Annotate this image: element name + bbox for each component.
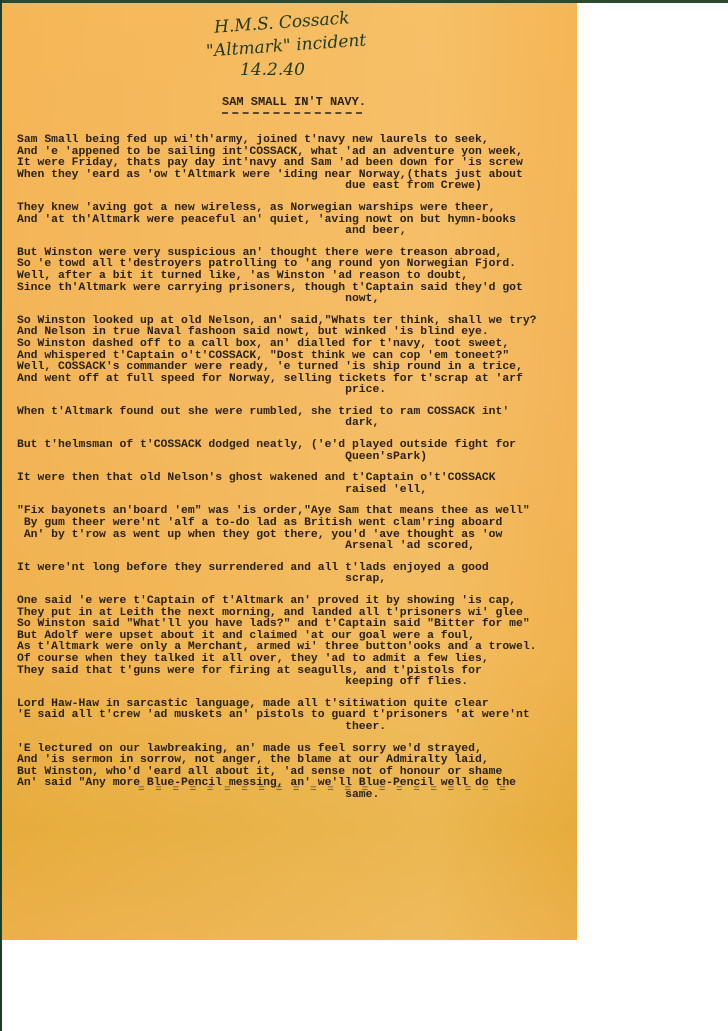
poem-line: Of course when they talked it all over, … (17, 654, 577, 666)
stanza: One said 'e were t'Captain of t'Altmark … (17, 596, 577, 689)
poem-line: keeping off flies. (17, 677, 577, 689)
title-underline (222, 112, 362, 114)
poem-line: And 'is sermon in sorrow, not anger, the… (17, 755, 577, 767)
poem-body: Sam Small being fed up wi'th'army, joine… (17, 135, 577, 802)
stanza: Sam Small being fed up wi'th'army, joine… (17, 135, 577, 193)
poem-line: Sam Small being fed up wi'th'army, joine… (17, 135, 577, 147)
document-title: SAM SMALL IN'T NAVY. (222, 95, 366, 109)
stanza: When t'Altmark found out she were rumble… (17, 407, 577, 430)
poem-line: raised 'ell, (17, 485, 577, 497)
poem-line: scrap, (17, 574, 577, 586)
stanza: It were'nt long before they surrendered … (17, 563, 577, 586)
stanza: But Winston were very suspicious an' tho… (17, 248, 577, 306)
poem-line: Well, after a bit it turned like, 'as Wi… (17, 271, 577, 283)
poem-line: Arsenal 'ad scored, (17, 541, 577, 553)
poem-line: They knew 'aving got a new wireless, as … (17, 203, 577, 215)
stanza: They knew 'aving got a new wireless, as … (17, 203, 577, 238)
poem-line: Well, COSSACK's commander were ready, 'e… (17, 362, 577, 374)
poem-line: Queen'sPark) (17, 452, 577, 464)
poem-line: and beer, (17, 226, 577, 238)
handwritten-date: 14.2.40 (240, 59, 305, 81)
poem-line: due east from Crewe) (17, 181, 577, 193)
poem-line: So Winston dashed off to a call box, an'… (17, 339, 577, 351)
poem-line: dark, (17, 418, 577, 430)
poem-line: theer. (17, 722, 577, 734)
stanza: "Fix bayonets an'board 'em" was 'is orde… (17, 506, 577, 552)
stanza: Lord Haw-Haw in sarcastic language, made… (17, 699, 577, 734)
stanza: But t'helmsman of t'COSSACK dodged neatl… (17, 440, 577, 463)
poem-line: One said 'e were t'Captain of t'Altmark … (17, 596, 577, 608)
footer-divider: = = = = = = = = = = = = = = = = = = = = … (138, 784, 508, 796)
stanza: It were then that old Nelson's ghost wak… (17, 473, 577, 496)
poem-line: price. (17, 385, 577, 397)
poem-line: But t'helmsman of t'COSSACK dodged neatl… (17, 440, 577, 452)
stanza: So Winston looked up at old Nelson, an' … (17, 316, 577, 397)
poem-line: nowt, (17, 294, 577, 306)
poem-line: By gum theer were'nt 'alf a to-do lad as… (17, 518, 577, 530)
